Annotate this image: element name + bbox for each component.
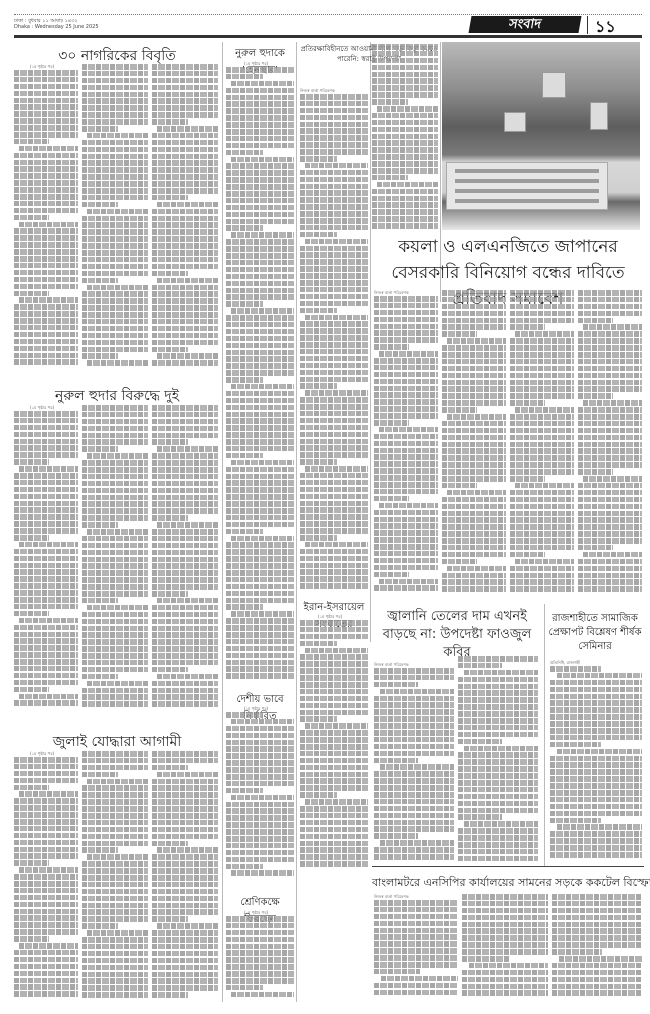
text-line	[300, 383, 337, 389]
text-line	[374, 303, 438, 309]
text-line	[552, 949, 602, 955]
text-line	[374, 337, 438, 343]
text-line	[152, 405, 218, 411]
text-line	[82, 847, 118, 853]
text-line	[442, 552, 506, 558]
text-line	[152, 174, 218, 180]
text-line	[82, 488, 148, 494]
text-line	[14, 764, 78, 770]
text-line	[550, 666, 601, 672]
text-line	[462, 984, 548, 990]
text-line	[14, 166, 78, 172]
text-line	[374, 454, 438, 460]
text-line	[152, 903, 218, 909]
text-line	[226, 474, 294, 480]
text-line	[305, 723, 368, 729]
text-line	[226, 363, 294, 369]
text-line	[300, 751, 368, 757]
text-line	[82, 875, 148, 881]
text-line	[300, 641, 337, 647]
text-line	[82, 92, 148, 98]
text-line	[14, 277, 78, 283]
text-line	[374, 420, 409, 426]
text-line	[226, 930, 294, 936]
text-line	[152, 972, 218, 978]
text-line	[14, 235, 78, 241]
text-line	[552, 935, 642, 941]
text-line	[300, 806, 368, 812]
header-dotted-rule	[14, 14, 642, 15]
text-line	[550, 838, 642, 844]
text-line	[82, 243, 148, 249]
text-line	[515, 407, 574, 413]
text-line	[557, 673, 642, 679]
text-line	[152, 209, 218, 215]
text-line	[458, 690, 538, 696]
text-line	[82, 298, 148, 304]
text-line	[14, 439, 78, 445]
text-line	[458, 732, 538, 738]
text-line	[510, 290, 574, 296]
text-line	[82, 312, 148, 318]
text-line	[300, 94, 368, 100]
text-line	[226, 815, 294, 821]
text-line	[442, 483, 477, 489]
text-line	[300, 487, 368, 493]
text-line	[300, 528, 368, 534]
text-line	[226, 957, 294, 963]
text-line	[510, 428, 574, 434]
text-line	[82, 64, 148, 70]
text-line	[374, 900, 458, 906]
text-line	[82, 751, 148, 757]
text-line	[226, 88, 294, 94]
text-line	[374, 317, 438, 323]
text-line	[462, 970, 548, 976]
text-line	[374, 365, 438, 371]
text-line	[305, 239, 368, 245]
text-line	[226, 150, 263, 156]
text-line	[442, 380, 506, 386]
text-line	[510, 400, 545, 406]
text-line	[462, 901, 548, 907]
text-line	[19, 791, 78, 797]
text-line	[300, 101, 368, 107]
text-line	[226, 219, 294, 225]
text-line	[226, 391, 294, 397]
text-line	[152, 758, 218, 764]
article-body	[226, 712, 294, 882]
text-line	[300, 156, 337, 162]
text-line	[226, 108, 294, 114]
text-line	[82, 202, 118, 208]
text-line	[578, 442, 642, 448]
text-line	[87, 285, 148, 291]
text-line	[152, 216, 218, 222]
text-line	[152, 660, 218, 666]
text-line	[374, 386, 438, 392]
text-line	[87, 529, 148, 535]
text-line	[510, 545, 574, 551]
text-line	[152, 112, 218, 118]
text-line	[374, 771, 454, 777]
text-line	[14, 339, 78, 345]
text-line	[372, 92, 438, 98]
text-line	[300, 349, 368, 355]
text-line	[152, 298, 218, 304]
text-line	[14, 909, 78, 915]
text-line	[82, 688, 148, 694]
text-line	[82, 632, 148, 638]
text-line	[578, 359, 642, 365]
text-line	[14, 583, 78, 589]
text-line	[14, 84, 78, 90]
text-line	[374, 668, 454, 674]
text-line	[442, 559, 477, 565]
article-body	[462, 894, 548, 1002]
text-line	[442, 469, 506, 475]
text-line	[442, 311, 506, 317]
text-line	[557, 824, 642, 830]
text-line	[379, 351, 438, 357]
text-line	[231, 795, 294, 801]
date-english: Dhaka : Wednesday 25 June 2025	[14, 24, 99, 30]
text-line	[372, 72, 438, 78]
text-line	[552, 977, 642, 983]
text-line	[458, 663, 502, 669]
text-line	[152, 563, 218, 569]
text-line	[374, 962, 458, 968]
text-line	[14, 771, 78, 777]
text-line	[226, 356, 294, 362]
text-line	[372, 154, 438, 160]
text-line	[14, 173, 78, 179]
text-line	[152, 701, 218, 707]
text-line	[510, 373, 574, 379]
text-line	[300, 418, 368, 424]
text-line	[226, 405, 294, 411]
text-line	[152, 85, 218, 91]
text-line	[14, 325, 78, 331]
text-line	[14, 91, 78, 97]
text-line	[550, 783, 642, 789]
text-line	[152, 105, 218, 111]
text-line	[374, 799, 454, 805]
article-headline[interactable]: রাজশাহীতে সামাজিক প্রেক্ষাপট বিশ্লেষণ শী…	[548, 612, 642, 654]
text-line	[152, 222, 218, 228]
text-line	[300, 841, 368, 847]
text-line	[372, 161, 438, 167]
text-line	[82, 937, 148, 943]
text-line	[372, 85, 438, 91]
text-line	[300, 737, 368, 743]
text-line	[377, 182, 438, 188]
text-line	[14, 563, 78, 569]
text-line	[226, 802, 294, 808]
text-line	[578, 504, 642, 510]
text-line	[374, 510, 438, 516]
text-line	[82, 216, 148, 222]
placard	[542, 72, 566, 98]
text-line	[374, 847, 454, 853]
text-line	[462, 956, 509, 962]
text-line	[578, 338, 642, 344]
text-line	[14, 991, 78, 997]
text-line	[462, 990, 548, 996]
text-line	[82, 522, 118, 528]
text-line	[226, 944, 294, 950]
text-line	[374, 907, 458, 913]
text-line	[374, 969, 420, 975]
text-line	[82, 626, 148, 632]
text-line	[14, 638, 78, 644]
text-line	[510, 338, 574, 344]
text-line	[442, 462, 506, 468]
text-line	[300, 142, 368, 148]
text-line	[226, 95, 294, 101]
text-line	[578, 393, 613, 399]
text-line	[14, 528, 78, 534]
text-line	[515, 559, 574, 565]
text-line	[578, 428, 642, 434]
text-line	[300, 758, 368, 764]
text-line	[578, 497, 642, 503]
text-line	[231, 81, 294, 87]
text-line	[82, 481, 148, 487]
article-body	[226, 916, 294, 1002]
text-line	[82, 340, 148, 346]
text-line	[300, 149, 368, 155]
text-line	[14, 139, 49, 145]
text-line	[19, 542, 78, 548]
article-body	[152, 751, 218, 1002]
text-line	[87, 854, 148, 860]
text-line	[226, 570, 294, 576]
text-line	[19, 618, 78, 624]
text-line	[300, 661, 368, 667]
text-line	[82, 278, 118, 284]
text-line	[226, 515, 294, 521]
text-line	[458, 801, 538, 807]
text-line	[14, 459, 49, 465]
text-line	[300, 792, 337, 798]
text-line	[442, 297, 506, 303]
text-line	[82, 119, 148, 125]
text-line	[578, 573, 642, 579]
text-line	[14, 270, 78, 276]
text-line	[82, 550, 148, 556]
text-line	[300, 218, 368, 224]
text-line	[300, 627, 368, 633]
text-line	[442, 407, 477, 413]
protest-photo	[442, 42, 640, 230]
text-line	[152, 360, 218, 366]
text-line	[82, 405, 148, 411]
text-line	[82, 992, 148, 998]
text-line	[300, 668, 368, 674]
text-line	[374, 489, 438, 495]
text-line	[14, 187, 78, 193]
text-line	[458, 725, 538, 731]
text-line	[300, 411, 368, 417]
text-line	[300, 716, 337, 722]
text-line	[152, 433, 218, 439]
text-line	[510, 414, 574, 420]
text-line	[14, 625, 78, 631]
text-line	[458, 656, 538, 662]
text-line	[152, 854, 218, 860]
text-line	[82, 827, 148, 833]
text-line	[82, 674, 118, 680]
text-line	[14, 160, 78, 166]
text-line	[82, 985, 148, 991]
text-line	[14, 291, 49, 297]
text-line	[82, 305, 148, 311]
text-line	[226, 577, 294, 583]
text-line	[226, 808, 294, 814]
text-line	[14, 353, 78, 359]
text-line	[152, 481, 218, 487]
text-line	[14, 104, 78, 110]
text-line	[152, 515, 188, 521]
text-line	[550, 797, 642, 803]
text-line	[87, 453, 148, 459]
text-line	[14, 70, 78, 76]
text-line	[464, 670, 538, 676]
text-line	[226, 281, 294, 287]
text-line	[374, 551, 438, 557]
text-line	[578, 380, 642, 386]
text-line	[374, 730, 454, 736]
column-divider	[370, 42, 371, 642]
article-body	[14, 757, 78, 1002]
text-line	[300, 232, 337, 238]
article-body	[14, 70, 78, 370]
text-line	[226, 494, 294, 500]
text-line	[82, 820, 148, 826]
text-line	[442, 324, 506, 330]
text-line	[374, 696, 454, 702]
text-line	[14, 652, 78, 658]
text-line	[82, 271, 148, 277]
text-line	[226, 225, 263, 231]
text-line	[374, 928, 458, 934]
protest-banner	[446, 162, 608, 210]
text-line	[226, 829, 294, 835]
text-line	[552, 970, 642, 976]
text-line	[19, 943, 78, 949]
text-line	[14, 659, 78, 665]
text-line	[458, 814, 502, 820]
text-line	[226, 508, 294, 514]
article-body	[552, 894, 642, 1002]
text-line	[152, 667, 188, 673]
text-line	[380, 840, 454, 846]
text-line	[14, 411, 78, 417]
text-line	[226, 184, 294, 190]
text-line	[82, 78, 148, 84]
text-line	[300, 563, 368, 569]
text-line	[226, 74, 263, 80]
text-line	[300, 328, 368, 334]
text-line	[226, 618, 294, 624]
text-line	[157, 674, 218, 680]
text-line	[82, 140, 148, 146]
text-line	[82, 515, 148, 521]
text-line	[300, 439, 368, 445]
article-headline[interactable]: জ্বালানি তেলের দাম এখনই বাড়ছে না: উপদেষ…	[372, 608, 542, 662]
text-line	[300, 404, 368, 410]
text-line	[226, 950, 294, 956]
text-line	[300, 184, 368, 190]
text-line	[152, 229, 218, 235]
text-line	[152, 785, 218, 791]
text-line	[458, 677, 538, 683]
article-body	[300, 620, 368, 870]
text-line	[226, 418, 294, 424]
text-line	[226, 522, 294, 528]
text-line	[152, 612, 218, 618]
text-line	[226, 639, 294, 645]
text-line	[14, 922, 78, 928]
text-line	[374, 716, 454, 722]
text-line	[300, 494, 368, 500]
text-line	[152, 834, 218, 840]
text-line	[442, 586, 506, 592]
text-line	[152, 694, 218, 700]
text-line	[300, 744, 368, 750]
text-line	[300, 122, 368, 128]
article-headline[interactable]: বাংলামটরে এনসিপির কার্যালয়ের সামনের সড়…	[372, 874, 644, 893]
text-line	[374, 475, 438, 481]
article-body	[152, 64, 218, 370]
text-line	[226, 239, 294, 245]
text-line	[226, 246, 294, 252]
text-line	[226, 740, 294, 746]
text-line	[458, 697, 538, 703]
text-line	[578, 455, 642, 461]
text-line	[578, 490, 642, 496]
text-line	[226, 294, 294, 300]
text-line	[578, 414, 642, 420]
text-line	[300, 703, 368, 709]
text-line	[442, 393, 506, 399]
text-line	[510, 455, 574, 461]
text-line	[152, 868, 218, 874]
text-line	[14, 514, 78, 520]
text-line	[300, 772, 368, 778]
text-line	[82, 495, 148, 501]
text-line	[442, 386, 506, 392]
text-line	[152, 992, 188, 998]
text-line	[226, 101, 294, 107]
text-line	[14, 556, 78, 562]
text-line	[300, 294, 368, 300]
text-line	[82, 896, 148, 902]
text-line	[152, 78, 218, 84]
text-line	[550, 811, 642, 817]
article-body	[82, 64, 148, 370]
text-line	[226, 129, 294, 135]
text-line	[82, 412, 148, 418]
text-line	[374, 310, 438, 316]
text-line	[157, 353, 218, 359]
text-line	[510, 352, 574, 358]
text-line	[152, 820, 218, 826]
text-line	[14, 249, 78, 255]
article-body	[82, 405, 148, 713]
text-line	[87, 681, 148, 687]
